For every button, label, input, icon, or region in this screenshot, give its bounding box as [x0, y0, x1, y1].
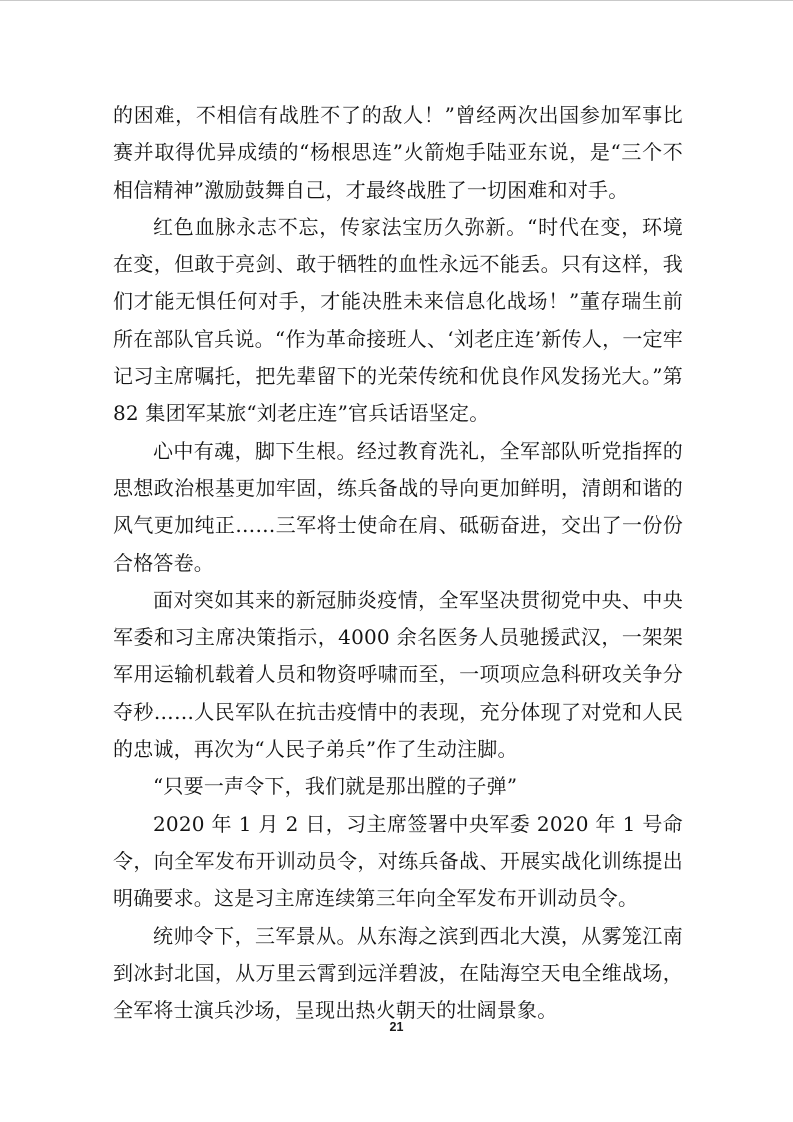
- paragraph: 的困难，不相信有战胜不了的敌人！”曾经两次出国参加军事比赛并取得优异成绩的“杨根…: [113, 97, 683, 209]
- page-number: 21: [0, 1020, 793, 1034]
- document-page: 的困难，不相信有战胜不了的敌人！”曾经两次出国参加军事比赛并取得优异成绩的“杨根…: [0, 0, 793, 1122]
- paragraph: 2020 年 1 月 2 日，习主席签署中央军委 2020 年 1 号命令，向全…: [113, 806, 683, 918]
- paragraph: 面对突如其来的新冠肺炎疫情，全军坚决贯彻党中央、中央军委和习主席决策指示，400…: [113, 582, 683, 768]
- page-top-edge: [0, 0, 793, 1]
- page-content: 的困难，不相信有战胜不了的敌人！”曾经两次出国参加军事比赛并取得优异成绩的“杨根…: [113, 97, 683, 1029]
- paragraph: 红色血脉永志不忘，传家法宝历久弥新。“时代在变，环境在变，但敢于亮剑、敢于牺牲的…: [113, 209, 683, 433]
- paragraph: 心中有魂，脚下生根。经过教育洗礼，全军部队听党指挥的思想政治根基更加牢固，练兵备…: [113, 433, 683, 582]
- paragraph-subheading-quote: “只要一声令下，我们就是那出膛的子弹”: [113, 768, 683, 805]
- paragraph: 统帅令下，三军景从。从东海之滨到西北大漠，从雾笼江南到冰封北国，从万里云霄到远洋…: [113, 918, 683, 1030]
